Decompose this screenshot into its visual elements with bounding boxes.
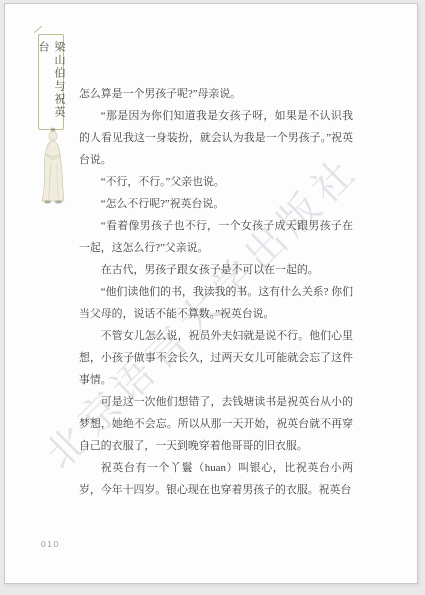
- page-number: 010: [41, 539, 60, 549]
- paragraph: “那是因为你们知道我是女孩子呀，如果是不认识我的人看见我这一身装扮，就会认为我是…: [79, 105, 353, 171]
- book-page: 北京语言大学出版社 梁山伯与祝英台 怎么算是一个男孩子呢?”母亲说。“那是因为你…: [4, 3, 418, 584]
- paragraph: “看着像男孩子也不行，一个女孩子成天跟男孩子在一起，这怎么行?”父亲说。: [79, 215, 353, 259]
- paragraph: “他们读他们的书，我读我的书。这有什么关系? 你们当父母的，说话不能不算数。”祝…: [79, 281, 353, 325]
- book-title-vertical: 梁山伯与祝英台: [35, 41, 67, 129]
- paragraph: 祝英台有一个丫鬟（huan）叫银心，比祝英台小两岁，今年十四岁。银心现在也穿着男…: [79, 457, 353, 501]
- sidebar-title-box: 梁山伯与祝英台: [38, 34, 64, 130]
- paragraph: “怎么不行呢?”祝英台说。: [79, 193, 353, 215]
- paragraph: 不管女儿怎么说，祝员外夫妇就是说不行。他们心里想，小孩子做事不会长久，过两天女儿…: [79, 325, 353, 391]
- screenshot-root: { "book": { "title_vertical": "梁山伯与祝英台",…: [0, 0, 425, 595]
- scholar-figure-svg: [31, 124, 75, 206]
- scholar-figure-illustration: [31, 124, 75, 206]
- paragraph: 在古代，男孩子跟女孩子是不可以在一起的。: [79, 259, 353, 281]
- paragraph: “不行，不行。”父亲也说。: [79, 171, 353, 193]
- paragraph: 怎么算是一个男孩子呢?”母亲说。: [79, 83, 353, 105]
- body-text: 怎么算是一个男孩子呢?”母亲说。“那是因为你们知道我是女孩子呀，如果是不认识我的…: [79, 83, 353, 501]
- paragraph: 可是这一次他们想错了，去钱塘读书是祝英台从小的梦想，她绝不会忘。所以从那一天开始…: [79, 391, 353, 457]
